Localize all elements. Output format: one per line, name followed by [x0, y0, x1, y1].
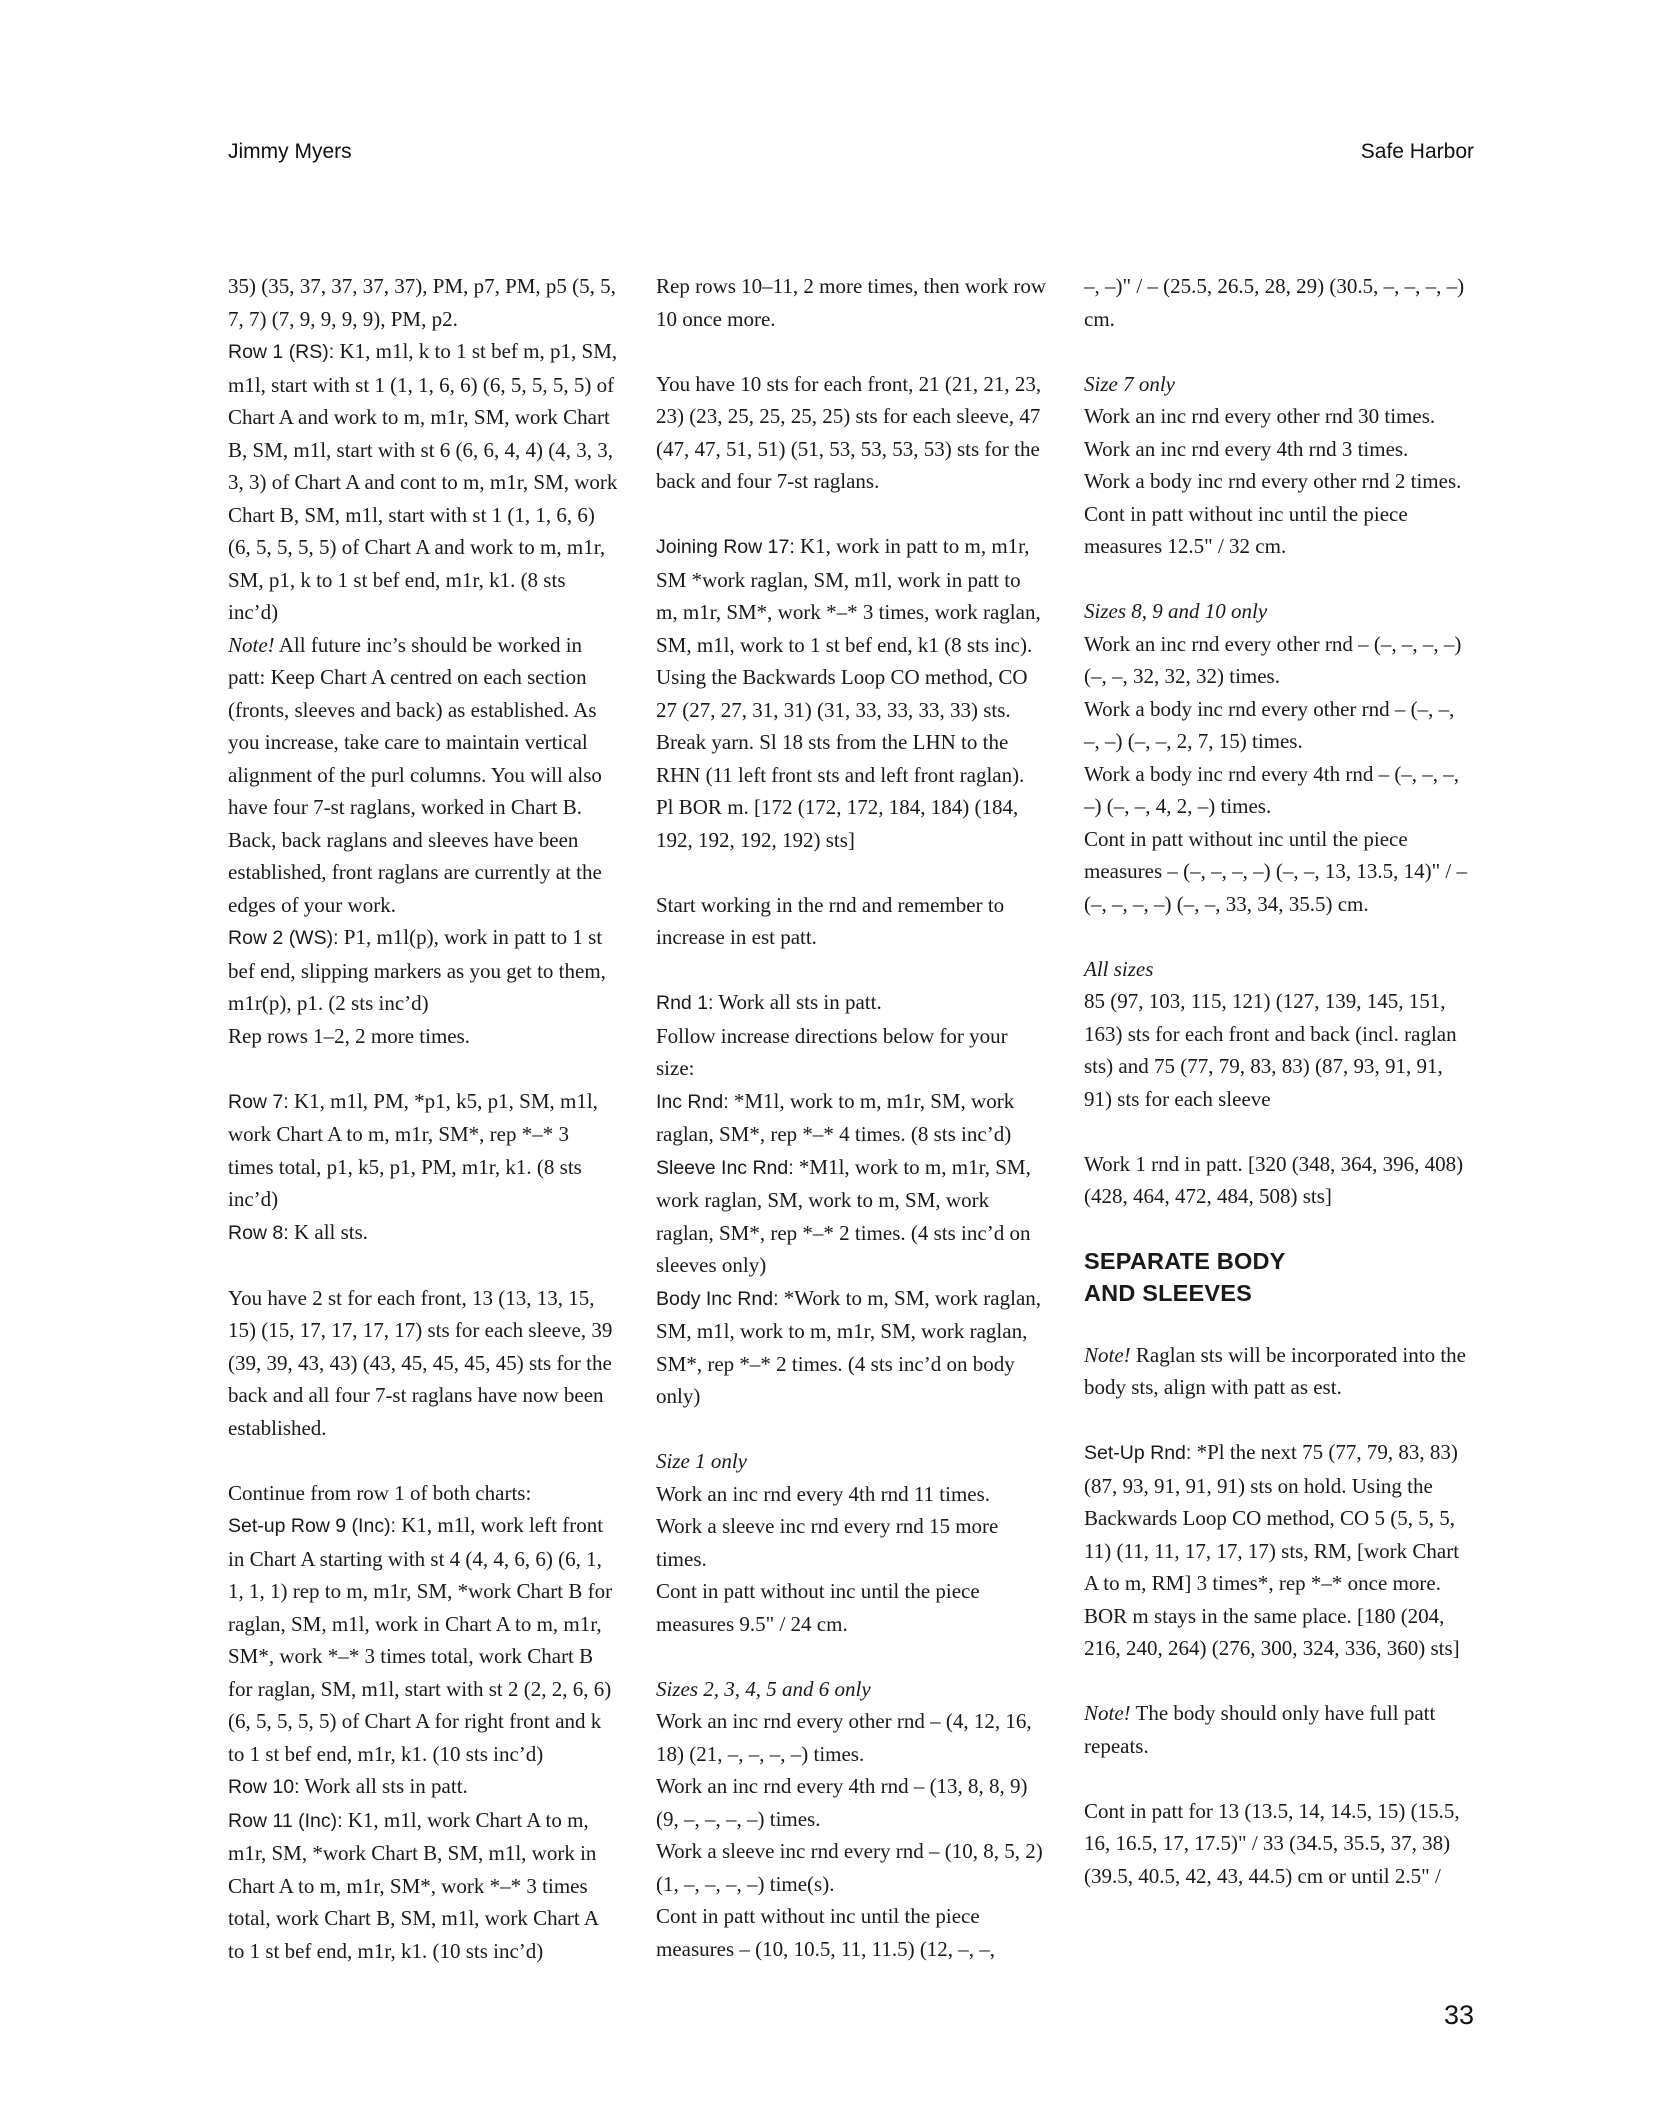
row-label: Row 8: [228, 1222, 289, 1244]
instruction-line: Cont in patt without inc until the piece… [656, 1900, 1046, 1965]
running-head-title: Safe Harbor [1361, 140, 1474, 164]
row-label: Set-up Row 9 (Inc): [228, 1515, 396, 1537]
row-9-instruction: Set-up Row 9 (Inc): K1, m1l, work left f… [228, 1509, 618, 1770]
paragraph: You have 2 st for each front, 13 (13, 13… [228, 1282, 618, 1445]
size-subheading: Sizes 8, 9 and 10 only [1084, 595, 1474, 628]
size-1-block: Size 1 only Work an inc rnd every 4th rn… [656, 1445, 1046, 1640]
running-head-author: Jimmy Myers [228, 140, 352, 164]
row-2-instruction: Row 2 (WS): P1, m1l(p), work in patt to … [228, 921, 618, 1020]
text-column-2: Rep rows 10–11, 2 more times, then work … [656, 270, 1046, 1965]
sleeve-inc-rnd-instruction: Sleeve Inc Rnd: *M1l, work to m, m1r, SM… [656, 1151, 1046, 1282]
inc-rnd-instruction: Inc Rnd: *M1l, work to m, m1r, SM, work … [656, 1085, 1046, 1151]
row-8-instruction: Row 8: K all sts. [228, 1216, 618, 1250]
note: Note! Raglan sts will be incorporated in… [1084, 1339, 1474, 1404]
sizes-2-6-block: Sizes 2, 3, 4, 5 and 6 only Work an inc … [656, 1673, 1046, 1966]
paragraph: Cont in patt for 13 (13.5, 14, 14.5, 15)… [1084, 1795, 1474, 1893]
row-label: Rnd 1: [656, 992, 713, 1014]
paragraph: Start working in the rnd and remember to… [656, 889, 1046, 954]
text-column-3: –, –)" / – (25.5, 26.5, 28, 29) (30.5, –… [1084, 270, 1474, 1892]
section-heading: SEPARATE BODY AND SLEEVES [1084, 1245, 1474, 1309]
paragraph: Rep rows 10–11, 2 more times, then work … [656, 270, 1046, 335]
all-sizes-block: All sizes 85 (97, 103, 115, 121) (127, 1… [1084, 953, 1474, 1116]
row-label: Inc Rnd: [656, 1091, 729, 1113]
instruction-line: Work an inc rnd every other rnd – (4, 12… [656, 1705, 1046, 1770]
rnd-1-instruction: Rnd 1: Work all sts in patt. [656, 986, 1046, 1020]
instruction-line: Work a body inc rnd every 4th rnd – (–, … [1084, 758, 1474, 823]
instruction-line: Work an inc rnd every 4th rnd 3 times. [1084, 433, 1474, 466]
instruction-line: Work an inc rnd every 4th rnd 11 times. [656, 1478, 1046, 1511]
size-subheading: Size 7 only [1084, 368, 1474, 401]
row-10-instruction: Row 10: Work all sts in patt. [228, 1770, 618, 1804]
row-label: Row 2 (WS): [228, 927, 339, 949]
paragraph: You have 10 sts for each front, 21 (21, … [656, 368, 1046, 498]
instruction-line: Work a body inc rnd every other rnd – (–… [1084, 693, 1474, 758]
size-7-block: Size 7 only Work an inc rnd every other … [1084, 368, 1474, 563]
instruction-line: Cont in patt without inc until the piece… [1084, 823, 1474, 921]
row-label: Row 7: [228, 1091, 289, 1113]
instruction-line: Cont in patt without inc until the piece… [656, 1575, 1046, 1640]
paragraph: 35) (35, 37, 37, 37, 37), PM, p7, PM, p5… [228, 270, 618, 335]
instruction-line: Work an inc rnd every 4th rnd – (13, 8, … [656, 1770, 1046, 1835]
instruction-line: Work a sleeve inc rnd every rnd – (10, 8… [656, 1835, 1046, 1900]
row-1-instruction: Row 1 (RS): K1, m1l, k to 1 st bef m, p1… [228, 335, 618, 629]
paragraph: Rep rows 1–2, 2 more times. [228, 1020, 618, 1053]
paragraph: Work 1 rnd in patt. [320 (348, 364, 396,… [1084, 1148, 1474, 1213]
instruction-line: Cont in patt without inc until the piece… [1084, 498, 1474, 563]
row-label: Row 11 (Inc): [228, 1810, 343, 1832]
row-label: Joining Row 17: [656, 536, 795, 558]
note-label: Note! [228, 633, 275, 657]
row-label: Set-Up Rnd: [1084, 1442, 1191, 1464]
setup-rnd-instruction: Set-Up Rnd: *Pl the next 75 (77, 79, 83,… [1084, 1436, 1474, 1665]
row-label: Sleeve Inc Rnd: [656, 1157, 794, 1179]
paragraph: Follow increase directions below for you… [656, 1020, 1046, 1085]
row-11-instruction: Row 11 (Inc): K1, m1l, work Chart A to m… [228, 1804, 618, 1968]
note-label: Note! [1084, 1701, 1131, 1725]
instruction-line: Work an inc rnd every other rnd – (–, –,… [1084, 628, 1474, 693]
note-label: Note! [1084, 1343, 1131, 1367]
paragraph: –, –)" / – (25.5, 26.5, 28, 29) (30.5, –… [1084, 270, 1474, 335]
instruction-line: Work a body inc rnd every other rnd 2 ti… [1084, 465, 1474, 498]
note: Note! The body should only have full pat… [1084, 1697, 1474, 1762]
instruction-line: Work an inc rnd every other rnd 30 times… [1084, 400, 1474, 433]
page-number: 33 [1444, 2000, 1474, 2031]
row-7-instruction: Row 7: K1, m1l, PM, *p1, k5, p1, SM, m1l… [228, 1085, 618, 1216]
sizes-8-10-block: Sizes 8, 9 and 10 only Work an inc rnd e… [1084, 595, 1474, 920]
body-inc-rnd-instruction: Body Inc Rnd: *Work to m, SM, work ragla… [656, 1282, 1046, 1413]
row-label: Row 1 (RS): [228, 341, 334, 363]
row-label: Body Inc Rnd: [656, 1288, 778, 1310]
instruction-line: Work a sleeve inc rnd every rnd 15 more … [656, 1510, 1046, 1575]
size-subheading: Size 1 only [656, 1445, 1046, 1478]
joining-row-instruction: Joining Row 17: K1, work in patt to m, m… [656, 530, 1046, 856]
row-label: Row 10: [228, 1776, 300, 1798]
instruction-line: 85 (97, 103, 115, 121) (127, 139, 145, 1… [1084, 985, 1474, 1115]
paragraph: Continue from row 1 of both charts: [228, 1477, 618, 1510]
size-subheading: All sizes [1084, 953, 1474, 986]
note: Note! All future inc’s should be worked … [228, 629, 618, 922]
text-column-1: 35) (35, 37, 37, 37, 37), PM, p7, PM, p5… [228, 270, 618, 1967]
size-subheading: Sizes 2, 3, 4, 5 and 6 only [656, 1673, 1046, 1706]
